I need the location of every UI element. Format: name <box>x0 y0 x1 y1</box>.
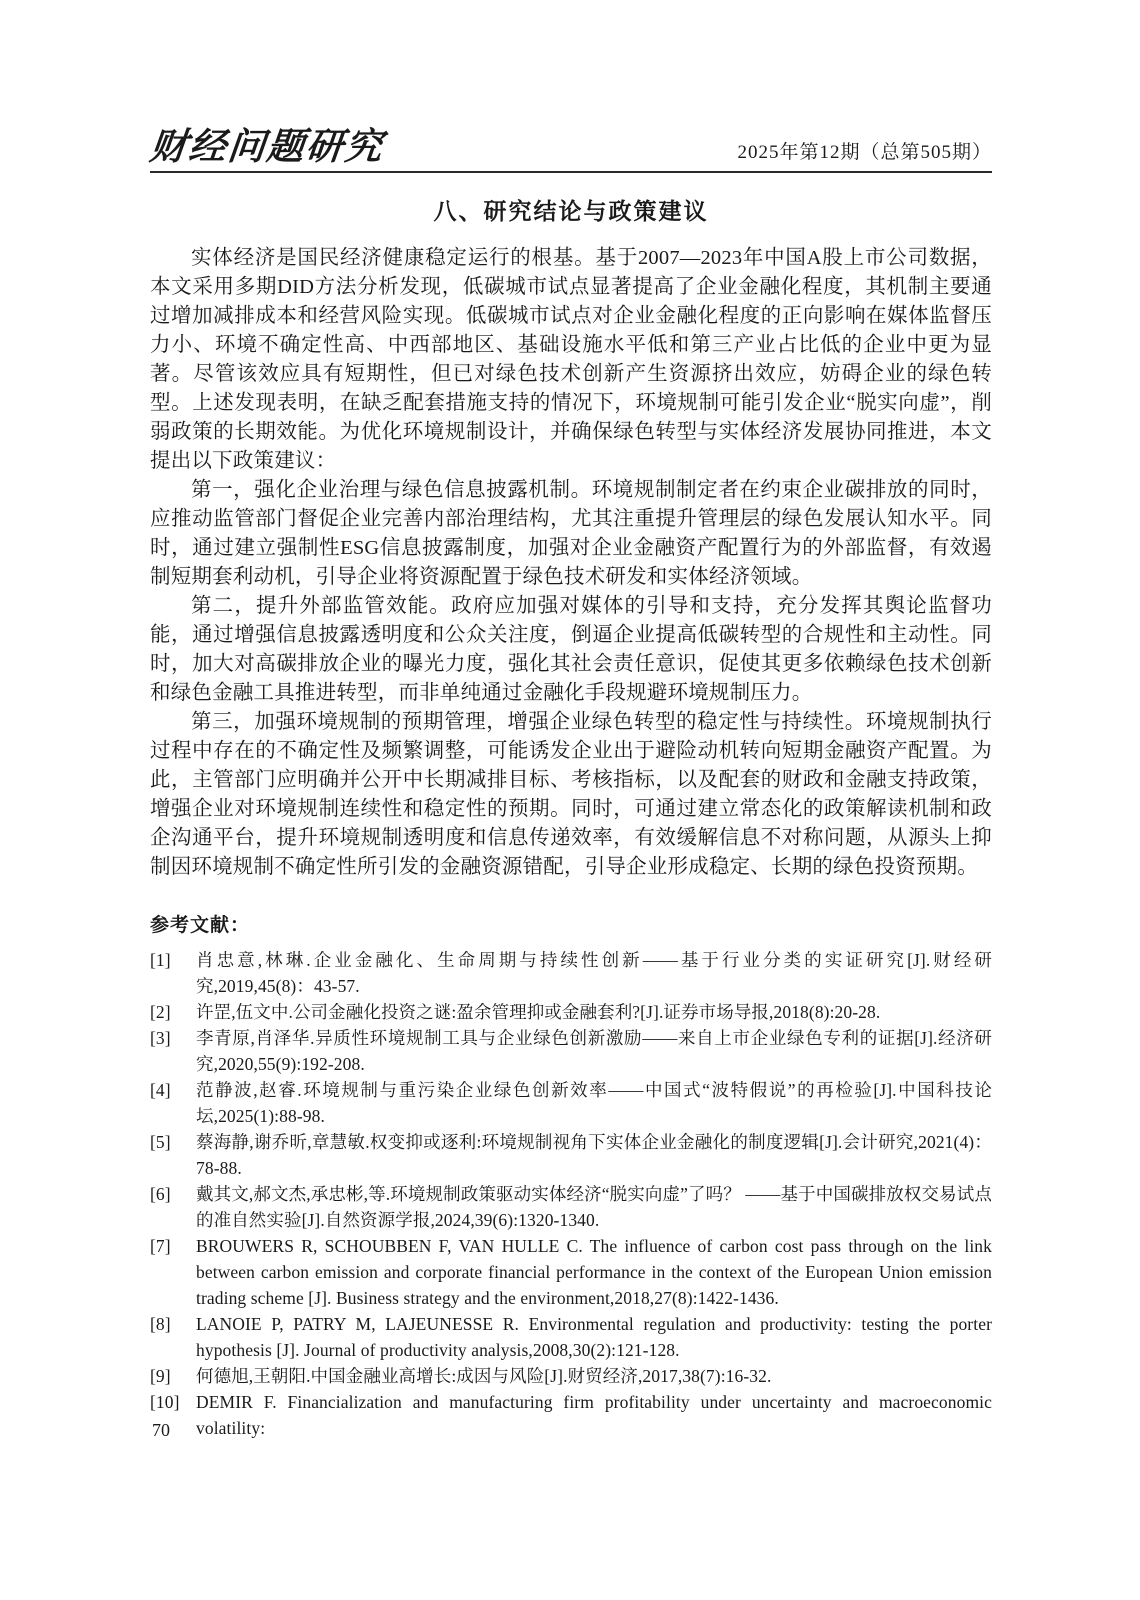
reference-item: [1] 肖忠意,林琳.企业金融化、生命周期与持续性创新——基于行业分类的实证研究… <box>150 947 992 999</box>
reference-number: [3] <box>150 1025 171 1051</box>
reference-number: [6] <box>150 1181 171 1207</box>
reference-text: 李青原,肖泽华.异质性环境规制工具与企业绿色创新激励——来自上市企业绿色专利的证… <box>196 1028 992 1074</box>
reference-item: [10] DEMIR F. Financialization and manuf… <box>150 1389 992 1441</box>
journal-logo: 财经问题研究 <box>148 128 386 165</box>
page-number: 70 <box>152 1420 170 1441</box>
reference-text: 戴其文,郝文杰,承忠彬,等.环境规制政策驱动实体经济“脱实向虚”了吗？ ——基于… <box>196 1184 992 1230</box>
page-header: 财经问题研究 2025年第12期（总第505期） <box>150 0 992 173</box>
reference-text: LANOIE P, PATRY M, LAJEUNESSE R. Environ… <box>196 1314 992 1360</box>
reference-item: [4] 范静波,赵睿.环境规制与重污染企业绿色创新效率——中国式“波特假说”的再… <box>150 1077 992 1129</box>
reference-text: 范静波,赵睿.环境规制与重污染企业绿色创新效率——中国式“波特假说”的再检验[J… <box>196 1080 992 1126</box>
article-body: 实体经济是国民经济健康稳定运行的根基。基于2007—2023年中国A股上市公司数… <box>150 244 992 882</box>
paragraph-conclusion: 实体经济是国民经济健康稳定运行的根基。基于2007—2023年中国A股上市公司数… <box>150 244 992 476</box>
page-content: 财经问题研究 2025年第12期（总第505期） 八、研究结论与政策建议 实体经… <box>150 0 992 1441</box>
reference-number: [2] <box>150 999 171 1025</box>
reference-text: 肖忠意,林琳.企业金融化、生命周期与持续性创新——基于行业分类的实证研究[J].… <box>196 950 992 996</box>
reference-item: [7] BROUWERS R, SCHOUBBEN F, VAN HULLE C… <box>150 1233 992 1311</box>
paragraph-policy-3: 第三，加强环境规制的预期管理，增强企业绿色转型的稳定性与持续性。环境规制执行过程… <box>150 708 992 882</box>
journal-page: 财经问题研究 2025年第12期（总第505期） 八、研究结论与政策建议 实体经… <box>0 0 1140 1600</box>
reference-item: [9] 何德旭,王朝阳.中国金融业高增长:成因与风险[J].财贸经济,2017,… <box>150 1363 992 1389</box>
references-list: [1] 肖忠意,林琳.企业金融化、生命周期与持续性创新——基于行业分类的实证研究… <box>150 947 992 1441</box>
reference-text: 何德旭,王朝阳.中国金融业高增长:成因与风险[J].财贸经济,2017,38(7… <box>196 1366 771 1386</box>
reference-item: [6] 戴其文,郝文杰,承忠彬,等.环境规制政策驱动实体经济“脱实向虚”了吗？ … <box>150 1181 992 1233</box>
reference-number: [1] <box>150 947 171 973</box>
reference-item: [3] 李青原,肖泽华.异质性环境规制工具与企业绿色创新激励——来自上市企业绿色… <box>150 1025 992 1077</box>
reference-text: DEMIR F. Financialization and manufactur… <box>196 1392 992 1438</box>
reference-number: [7] <box>150 1233 171 1259</box>
issue-info: 2025年第12期（总第505期） <box>737 142 992 165</box>
reference-item: [2] 许罡,伍文中.公司金融化投资之谜:盈余管理抑或金融套利?[J].证券市场… <box>150 999 992 1025</box>
reference-text: BROUWERS R, SCHOUBBEN F, VAN HULLE C. Th… <box>196 1236 992 1308</box>
reference-number: [9] <box>150 1363 171 1389</box>
reference-text: 蔡海静,谢乔昕,章慧敏.权变抑或逐利:环境规制视角下实体企业金融化的制度逻辑[J… <box>196 1132 992 1178</box>
reference-text: 许罡,伍文中.公司金融化投资之谜:盈余管理抑或金融套利?[J].证券市场导报,2… <box>196 1002 880 1022</box>
reference-item: [8] LANOIE P, PATRY M, LAJEUNESSE R. Env… <box>150 1311 992 1363</box>
paragraph-policy-2: 第二，提升外部监管效能。政府应加强对媒体的引导和支持，充分发挥其舆论监督功能，通… <box>150 592 992 708</box>
section-title: 八、研究结论与政策建议 <box>150 193 992 226</box>
reference-number: [4] <box>150 1077 171 1103</box>
paragraph-policy-1: 第一，强化企业治理与绿色信息披露机制。环境规制制定者在约束企业碳排放的同时，应推… <box>150 476 992 592</box>
reference-number: [10] <box>150 1389 180 1415</box>
reference-number: [5] <box>150 1129 171 1155</box>
reference-number: [8] <box>150 1311 171 1337</box>
references-heading: 参考文献： <box>150 910 992 937</box>
reference-item: [5] 蔡海静,谢乔昕,章慧敏.权变抑或逐利:环境规制视角下实体企业金融化的制度… <box>150 1129 992 1181</box>
